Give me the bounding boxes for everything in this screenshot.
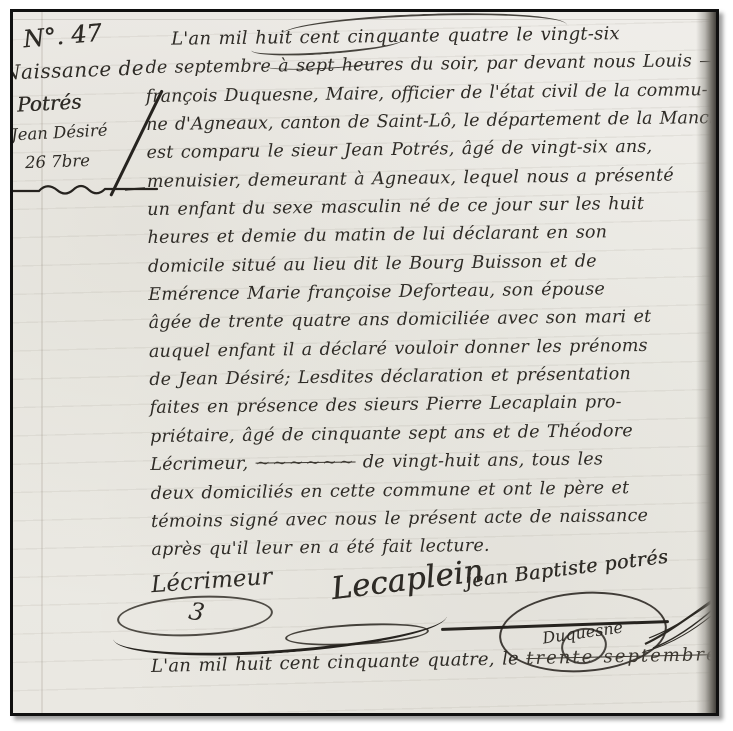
act-body-text: L'an mil huit cent cinquante quatre le v… xyxy=(145,19,716,564)
margin-surname: Potrés xyxy=(16,89,82,116)
struck-out-word: ~~~~~~ xyxy=(255,453,355,474)
act-line-segment: de vingt-huit ans, tous les xyxy=(363,450,604,473)
margin-given-names: Jean Désiré xyxy=(13,120,108,144)
register-scan-frame: N°. 47 Naissance de Potrés Jean Désiré 2… xyxy=(10,9,719,716)
act-line-segment: Lécrimeur, xyxy=(150,454,248,475)
margin-date: 26 7bre xyxy=(25,151,91,172)
page-binding-gutter xyxy=(696,12,716,713)
paper-fold-line xyxy=(41,12,43,713)
margin-act-number: N°. 47 xyxy=(22,19,103,54)
margin-divider-squiggle xyxy=(13,180,161,198)
register-page: N°. 47 Naissance de Potrés Jean Désiré 2… xyxy=(13,12,716,713)
footer-struck-date: trente septembre xyxy=(526,644,716,669)
signature-lecrimeur: Lécrimeur xyxy=(150,564,273,598)
margin-naissance-label: Naissance de xyxy=(13,56,145,85)
